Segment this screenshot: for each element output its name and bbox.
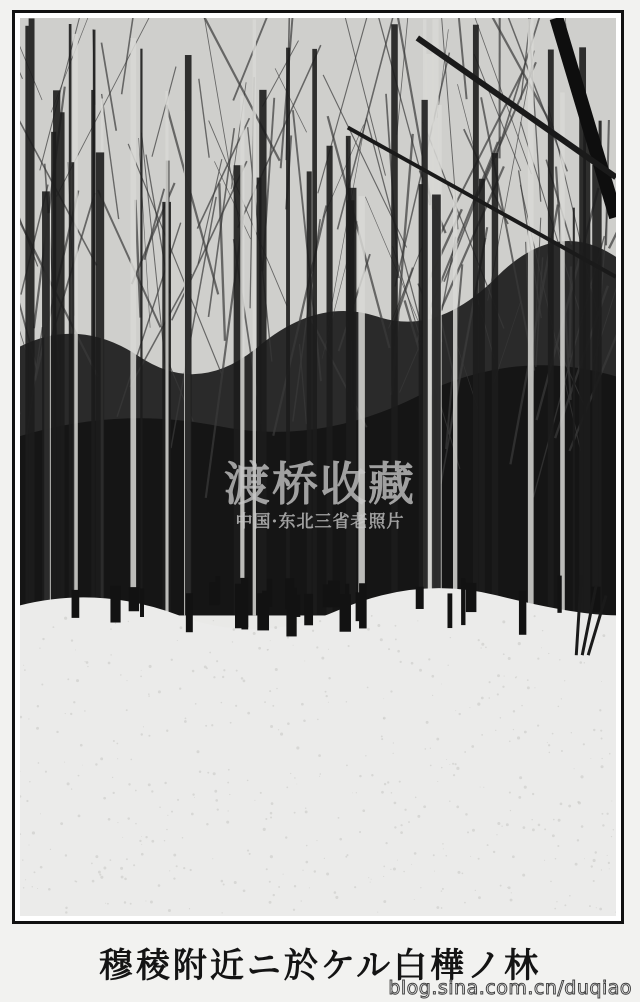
photo-frame [12,10,624,924]
forest-photo [20,18,616,916]
source-url: blog.sina.com.cn/duqiao [388,977,632,999]
forest-scene [20,18,616,916]
